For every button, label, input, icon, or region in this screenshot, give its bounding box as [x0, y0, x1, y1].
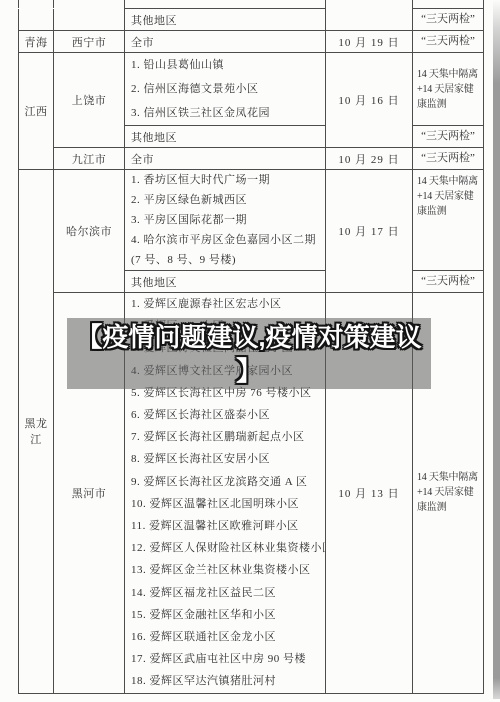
date-cell	[326, 9, 413, 31]
area-line: 15. 爱辉区金融社区华和小区	[131, 604, 325, 626]
area-line: 6. 爱辉区长海社区盛泰小区	[131, 404, 325, 426]
date-cell: 10 月 17 日	[326, 170, 413, 293]
date-cell: 10 月 29 日	[326, 148, 413, 170]
area-line: 1. 铅山县葛仙山镇	[131, 53, 325, 77]
area-line: 18. 爱辉区罕达汽镇猪肚河村	[131, 670, 325, 692]
area-cell: 1. 香坊区恒大时代广场一期2. 平房区绿色新城西区3. 平房区国际花都一期4.…	[125, 170, 326, 271]
measure-cell: 14 天集中隔离+14 天居家健康监测	[413, 53, 484, 126]
area-line: 1. 爱辉区鹿源春社区宏志小区	[131, 293, 325, 315]
table-row: 黑龙江 哈尔滨市 1. 香坊区恒大时代广场一期2. 平房区绿色新城西区3. 平房…	[19, 170, 484, 271]
table-row: 青海 西宁市 全市 10 月 19 日 “三天两检”	[19, 31, 484, 53]
area-line: 9. 爱辉区长海社区龙滨路交通 A 区	[131, 471, 325, 493]
area-cell: 全市	[125, 31, 326, 53]
table-row: 其他地区 “三天两检”	[19, 9, 484, 31]
measure-cell: 14 天集中隔离+14 天居家健康监测	[413, 170, 484, 271]
column-border-stub	[412, 0, 413, 8]
watermark-line-2: 】	[236, 354, 262, 388]
measure-cell: “三天两检”	[413, 126, 484, 148]
area-line: 16. 爱辉区联通社区金龙小区	[131, 626, 325, 648]
date-cell: 10 月 16 日	[326, 53, 413, 148]
measure-cell: “三天两检”	[413, 148, 484, 170]
area-line: 11. 爱辉区温馨社区欧雅河畔小区	[131, 515, 325, 537]
area-line: 12. 爱辉区人保财险社区林业集资楼小区	[131, 537, 325, 559]
measure-cell: “三天两检”	[413, 271, 484, 293]
watermark-line-1: 【疫情问题建议,疫情对策建议	[76, 320, 421, 354]
area-line: 3. 平房区国际花都一期	[131, 210, 325, 230]
area-line: 2. 平房区绿色新城西区	[131, 190, 325, 210]
area-line: 7. 爱辉区长海社区鹏瑞新起点小区	[131, 426, 325, 448]
area-line: 17. 爱辉区武庙屯社区中房 90 号楼	[131, 648, 325, 670]
area-cell: 其他地区	[125, 9, 326, 31]
area-line: 14. 爱辉区福龙社区益民二区	[131, 582, 325, 604]
area-cell: 全市	[125, 148, 326, 170]
table-row: 江西 上饶市 1. 铅山县葛仙山镇2. 信州区海德文景苑小区3. 信州区铁三社区…	[19, 53, 484, 126]
province-cell	[19, 9, 54, 31]
column-border-stub	[18, 0, 19, 8]
area-line: 1. 香坊区恒大时代广场一期	[131, 170, 325, 190]
city-cell: 九江市	[54, 148, 125, 170]
watermark-overlay: 【疫情问题建议,疫情对策建议 】	[67, 318, 431, 389]
area-line: 2. 信州区海德文景苑小区	[131, 77, 325, 101]
measure-cell: “三天两检”	[413, 31, 484, 53]
column-border-stub	[325, 0, 326, 8]
city-cell: 上饶市	[54, 53, 125, 148]
city-cell: 哈尔滨市	[54, 170, 125, 293]
area-list: 1. 铅山县葛仙山镇2. 信州区海德文景苑小区3. 信州区铁三社区金凤花园	[131, 53, 325, 125]
province-cell: 黑龙江	[19, 170, 54, 694]
column-border-stub	[53, 0, 54, 8]
area-cell: 其他地区	[125, 271, 326, 293]
column-border-stub	[124, 0, 125, 8]
area-list: 1. 香坊区恒大时代广场一期2. 平房区绿色新城西区3. 平房区国际花都一期4.…	[131, 170, 325, 270]
area-line: 10. 爱辉区温馨社区北国明珠小区	[131, 493, 325, 515]
city-cell	[54, 9, 125, 31]
area-line: 8. 爱辉区长海社区安居小区	[131, 448, 325, 470]
page-edge-shadow	[493, 0, 500, 699]
date-cell: 10 月 19 日	[326, 31, 413, 53]
area-line: 13. 爱辉区金兰社区林业集资楼小区	[131, 559, 325, 581]
province-cell: 青海	[19, 31, 54, 53]
area-cell: 1. 铅山县葛仙山镇2. 信州区海德文景苑小区3. 信州区铁三社区金凤花园	[125, 53, 326, 126]
area-line: 4. 哈尔滨市平房区金色嘉园小区二期	[131, 230, 325, 250]
area-line: (7 号、8 号、9 号楼)	[131, 250, 325, 270]
area-line: 3. 信州区铁三社区金凤花园	[131, 101, 325, 125]
table-row: 九江市 全市 10 月 29 日 “三天两检”	[19, 148, 484, 170]
province-cell: 江西	[19, 53, 54, 170]
area-cell: 其他地区	[125, 126, 326, 148]
city-cell: 西宁市	[54, 31, 125, 53]
column-border-stub	[483, 0, 484, 8]
measure-cell: “三天两检”	[413, 9, 484, 31]
